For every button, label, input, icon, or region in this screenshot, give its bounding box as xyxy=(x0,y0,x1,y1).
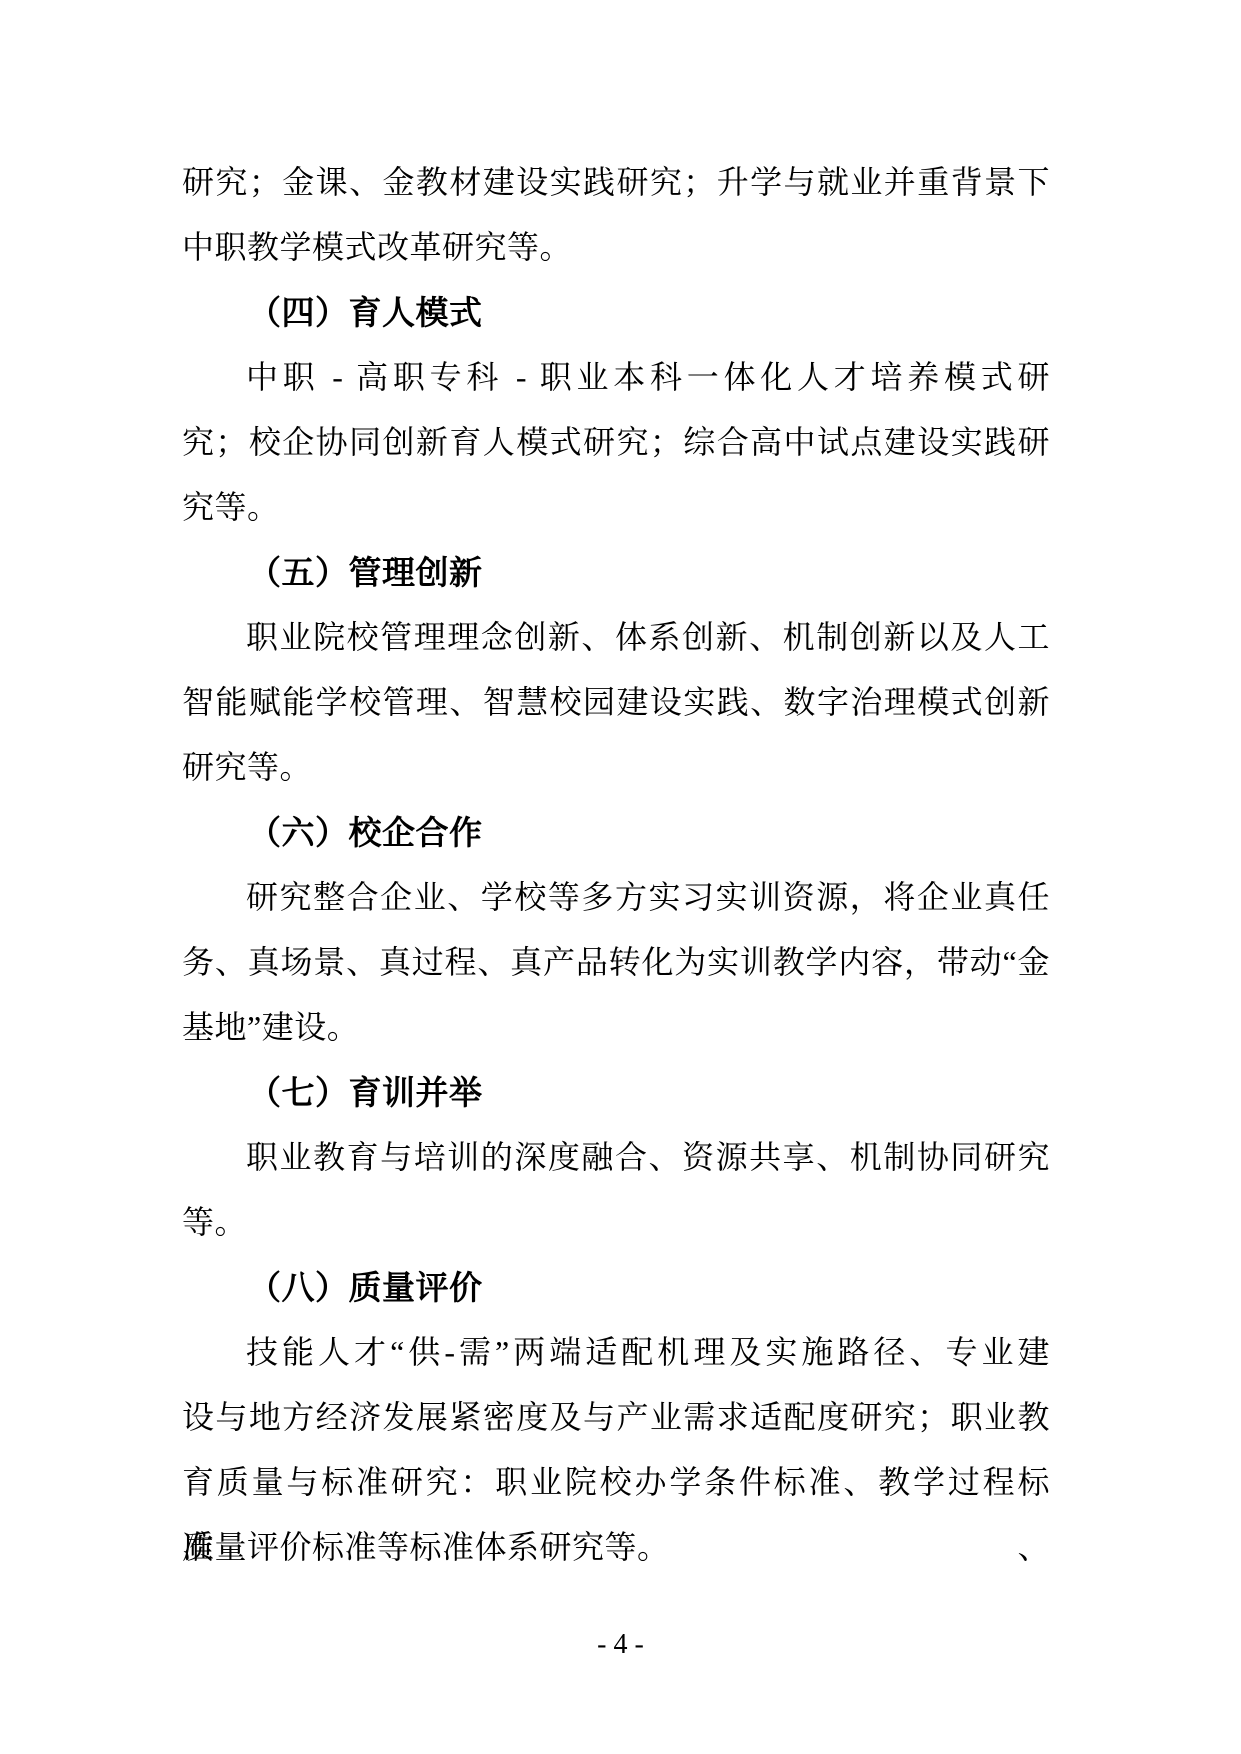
text-line: 职业院校管理理念创新、体系创新、机制创新以及人工 xyxy=(182,605,1050,670)
section-heading-4: （四）育人模式 xyxy=(182,280,1050,345)
text-line: 务、真场景、真过程、真产品转化为实训教学内容，带动“金 xyxy=(182,930,1050,995)
text-line: 中职教学模式改革研究等。 xyxy=(182,215,1050,280)
text-line: 等。 xyxy=(182,1190,1050,1255)
text-line: 研究等。 xyxy=(182,735,1050,800)
text-line: 中职 - 高职专科 - 职业本科一体化人才培养模式研 xyxy=(182,345,1050,410)
text-line: 研究；金课、金教材建设实践研究；升学与就业并重背景下 xyxy=(182,150,1050,215)
text-line: 究；校企协同创新育人模式研究；综合高中试点建设实践研 xyxy=(182,410,1050,475)
text-line: 智能赋能学校管理、智慧校园建设实践、数字治理模式创新 xyxy=(182,670,1050,735)
text-line: 基地”建设。 xyxy=(182,995,1050,1060)
page-number: - 4 - xyxy=(0,1628,1241,1662)
text-line: 究等。 xyxy=(182,475,1050,540)
section-heading-7: （七）育训并举 xyxy=(182,1060,1050,1125)
text-line: 技能人才“供-需”两端适配机理及实施路径、专业建 xyxy=(182,1320,1050,1385)
text-line: 研究整合企业、学校等多方实习实训资源，将企业真任 xyxy=(182,865,1050,930)
text-line: 设与地方经济发展紧密度及与产业需求适配度研究；职业教 xyxy=(182,1385,1050,1450)
text-line: 育质量与标准研究：职业院校办学条件标准、教学过程标准、 xyxy=(182,1450,1050,1515)
text-line: 职业教育与培训的深度融合、资源共享、机制协同研究 xyxy=(182,1125,1050,1190)
section-heading-6: （六）校企合作 xyxy=(182,800,1050,865)
document-page: 研究；金课、金教材建设实践研究；升学与就业并重背景下 中职教学模式改革研究等。 … xyxy=(0,0,1241,1754)
section-heading-8: （八）质量评价 xyxy=(182,1255,1050,1320)
page-body-text: 研究；金课、金教材建设实践研究；升学与就业并重背景下 中职教学模式改革研究等。 … xyxy=(182,150,1050,1580)
section-heading-5: （五）管理创新 xyxy=(182,540,1050,605)
